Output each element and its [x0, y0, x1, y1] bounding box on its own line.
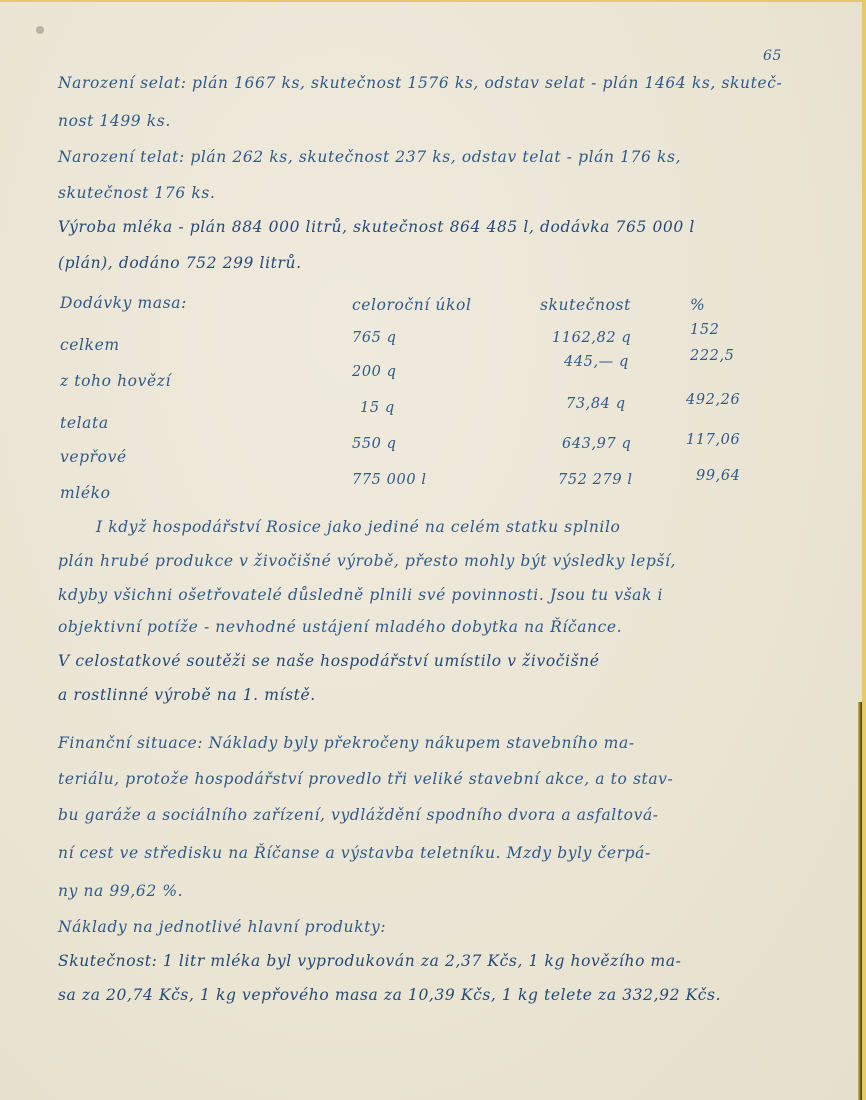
row-plan: 775 000 l: [352, 472, 427, 488]
text-line: teriálu, protože hospodářství provedlo t…: [58, 770, 673, 788]
column-header-plan: celoroční úkol: [352, 296, 472, 314]
row-percent: 99,64: [696, 468, 741, 484]
text-line-milk-production: Výroba mléka - plán 884 000 litrů, skute…: [58, 218, 695, 236]
text-line: skutečnost 176 ks.: [58, 184, 215, 202]
text-line: ny na 99,62 %.: [58, 882, 183, 900]
row-plan: 550 q: [352, 436, 397, 452]
text-line: plán hrubé produkce v živočišné výrobě, …: [58, 552, 676, 570]
text-line: objektivní potíže - nevhodné ustájení ml…: [58, 618, 622, 636]
text-line: sa za 20,74 Kčs, 1 kg vepřového masa za …: [58, 986, 721, 1004]
text-line: (plán), dodáno 752 299 litrů.: [58, 254, 302, 272]
table-title: Dodávky masa:: [60, 294, 187, 312]
text-line-births-calves: Narození telat: plán 262 ks, skutečnost …: [58, 148, 681, 166]
text-line: V celostatkové soutěži se naše hospodářs…: [58, 652, 600, 670]
text-line: bu garáže a sociálního zařízení, vydlážd…: [58, 806, 659, 824]
row-percent: 222,5: [690, 348, 735, 364]
row-label: telata: [60, 414, 109, 432]
row-label: vepřové: [60, 448, 127, 466]
text-line-births-piglets: Narození selat: plán 1667 ks, skutečnost…: [58, 74, 782, 92]
text-line-financial-situation: Finanční situace: Náklady byly překročen…: [58, 734, 635, 752]
ink-smudge: [36, 26, 44, 34]
text-line: nost 1499 ks.: [58, 112, 171, 130]
text-line: kdyby všichni ošetřovatelé důsledně plni…: [58, 586, 663, 604]
column-header-actual: skutečnost: [540, 296, 631, 314]
column-header-percent: %: [690, 296, 705, 314]
row-plan: 765 q: [352, 330, 397, 346]
row-percent: 152: [690, 322, 719, 338]
book-edge: [858, 702, 862, 1100]
row-label: z toho hovězí: [60, 372, 171, 390]
text-line: a rostlinné výrobě na 1. místě.: [58, 686, 316, 704]
row-actual: 73,84 q: [566, 396, 626, 412]
text-line: Skutečnost: 1 litr mléka byl vyproduková…: [58, 952, 682, 970]
row-actual: 445,— q: [564, 354, 629, 370]
text-line: ní cest ve středisku na Říčanse a výstav…: [58, 844, 651, 862]
row-actual: 643,97 q: [562, 436, 631, 452]
row-percent: 492,26: [686, 392, 740, 408]
row-plan: 200 q: [352, 364, 397, 380]
row-label: celkem: [60, 336, 120, 354]
handwritten-page: 65 Narození selat: plán 1667 ks, skutečn…: [0, 2, 862, 1100]
row-label: mléko: [60, 484, 111, 502]
row-plan: 15 q: [360, 400, 395, 416]
row-actual: 752 279 l: [558, 472, 633, 488]
row-percent: 117,06: [686, 432, 740, 448]
row-actual: 1162,82 q: [552, 330, 631, 346]
page-number: 65: [763, 48, 782, 64]
text-line: I když hospodářství Rosice jako jediné n…: [96, 518, 620, 536]
text-line-costs-heading: Náklady na jednotlivé hlavní produkty:: [58, 918, 386, 936]
